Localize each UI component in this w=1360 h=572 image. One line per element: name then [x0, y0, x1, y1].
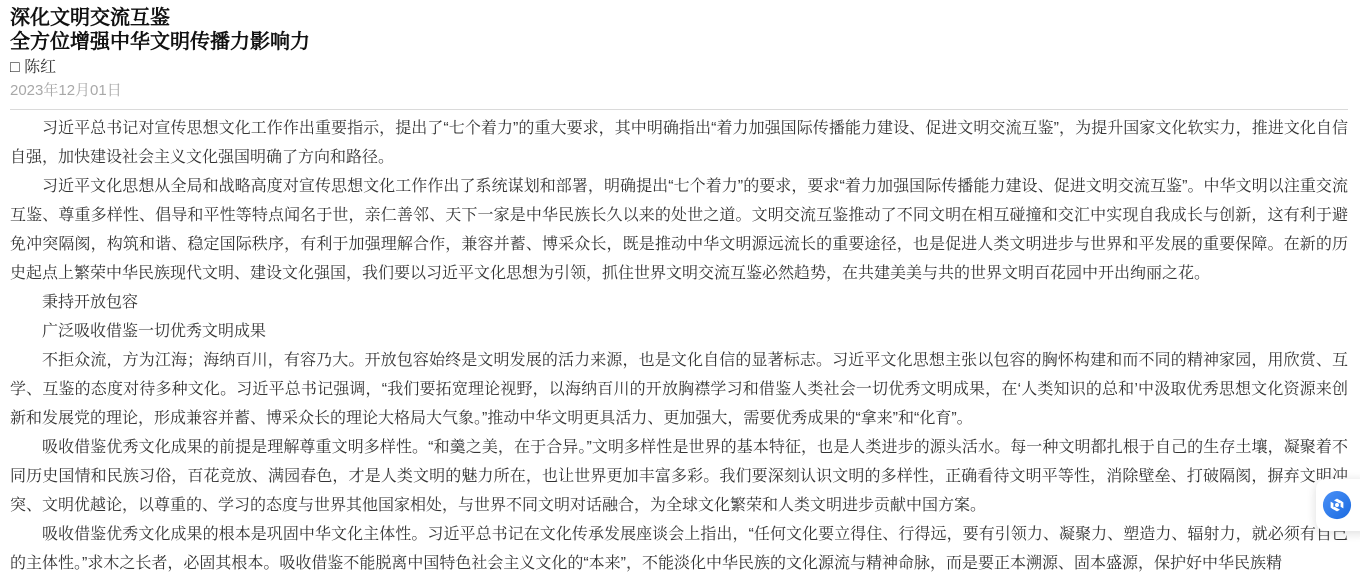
article-body: 习近平总书记对宣传思想文化工作作出重要指示，提出了“七个着力”的重大要求，其中明… — [10, 114, 1348, 572]
article-header: 深化文明交流互鉴 全方位增强中华文明传播力影响力 □ 陈红 2023年12月01… — [10, 6, 1348, 100]
title-line-2: 全方位增强中华文明传播力影响力 — [10, 30, 1348, 54]
article-paragraph: 习近平文化思想从全局和战略高度对宣传思想文化工作作出了系统谋划和部署，明确提出“… — [10, 172, 1348, 288]
translate-widget-button[interactable] — [1316, 479, 1360, 531]
page-title: 深化文明交流互鉴 全方位增强中华文明传播力影响力 — [10, 6, 1348, 54]
article-page: 深化文明交流互鉴 全方位增强中华文明传播力影响力 □ 陈红 2023年12月01… — [0, 0, 1360, 572]
article-paragraph: 吸收借鉴优秀文化成果的前提是理解尊重文明多样性。“和羹之美，在于合异。”文明多样… — [10, 433, 1348, 520]
article-paragraph: 不拒众流，方为江海；海纳百川，有容乃大。开放包容始终是文明发展的活力来源，也是文… — [10, 346, 1348, 433]
publish-date: 2023年12月01日 — [10, 81, 1348, 100]
article-subheading: 秉持开放包容 — [10, 288, 1348, 317]
article-paragraph: 习近平总书记对宣传思想文化工作作出重要指示，提出了“七个着力”的重大要求，其中明… — [10, 114, 1348, 172]
pinwheel-translate-icon — [1322, 490, 1352, 520]
author-line: □ 陈红 — [10, 58, 1348, 78]
article-subheading: 广泛吸收借鉴一切优秀文明成果 — [10, 317, 1348, 346]
title-line-1: 深化文明交流互鉴 — [10, 6, 1348, 30]
header-divider — [10, 109, 1348, 110]
article-paragraph: 吸收借鉴优秀文化成果的根本是巩固中华文化主体性。习近平总书记在文化传承发展座谈会… — [10, 520, 1348, 572]
